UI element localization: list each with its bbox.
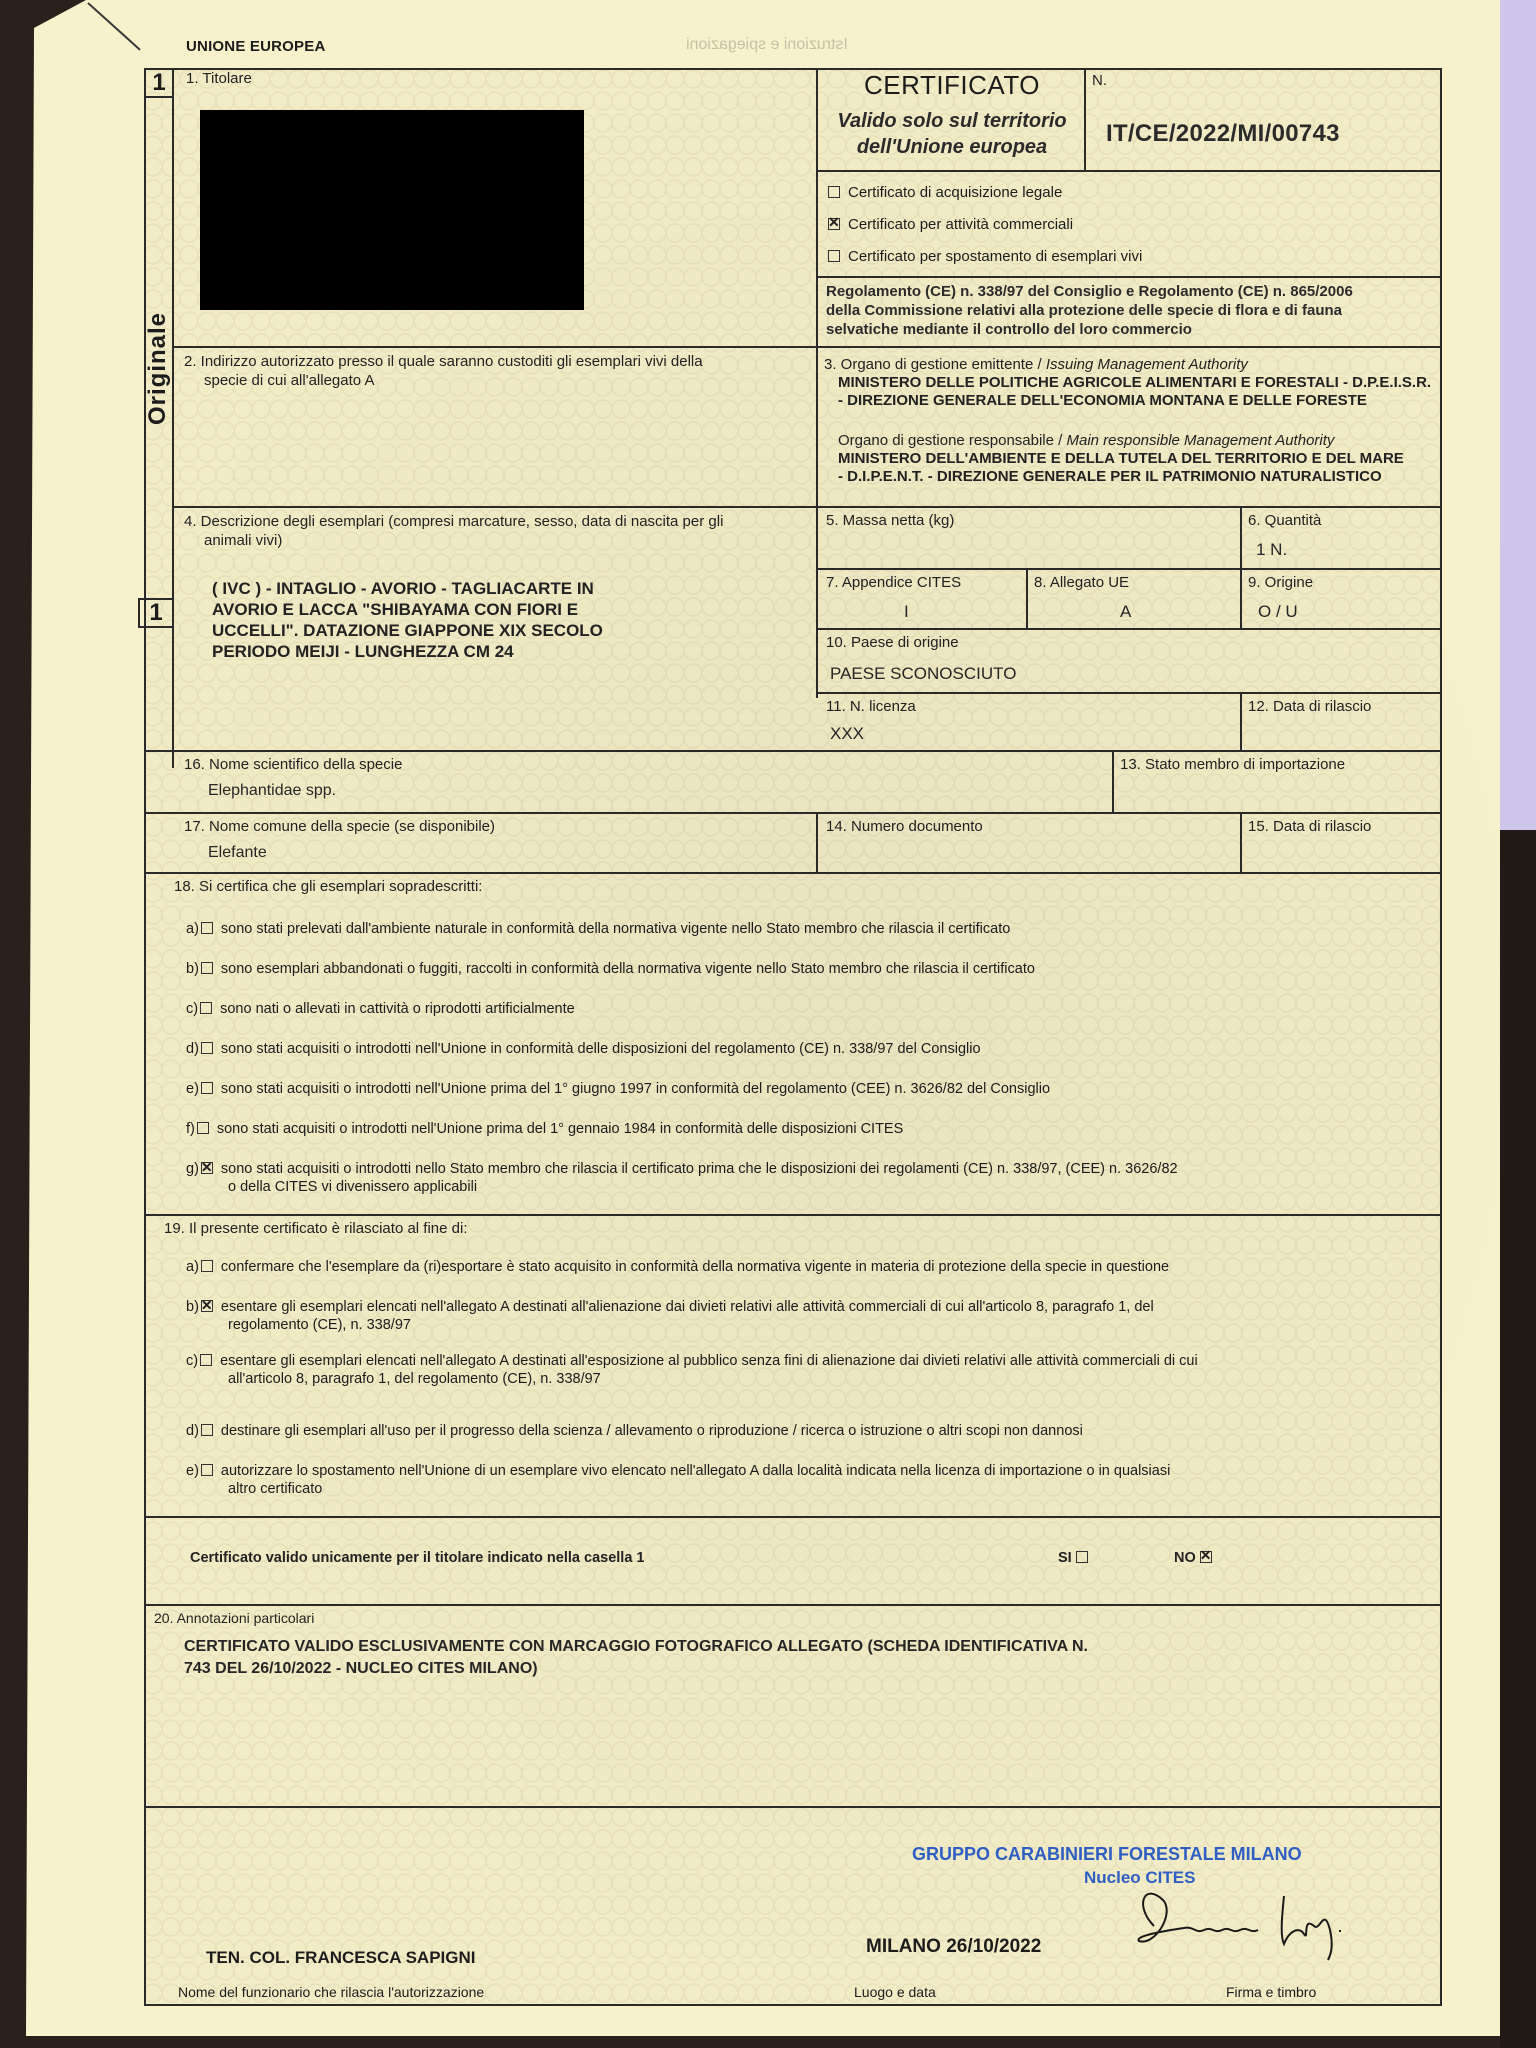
item-text: autorizzare lo spostamento nell'Unione d…	[221, 1463, 1170, 1479]
item-text-cont: altro certificato	[186, 1480, 1170, 1498]
subtitle-line2: dell'Unione europea	[820, 134, 1084, 160]
item-key: c)	[186, 1001, 198, 1017]
box18-checkbox-c[interactable]	[200, 1002, 212, 1014]
box19-item-e: e)autorizzare lo spostamento nell'Unione…	[186, 1462, 1170, 1498]
box18-checkbox-d[interactable]	[201, 1042, 213, 1054]
box18-item-a: a)sono stati prelevati dall'ambiente nat…	[186, 920, 1010, 938]
number-label: N.	[1092, 72, 1107, 89]
rule-after-17	[144, 872, 1442, 874]
box4-label: 4. Descrizione degli esemplari (compresi…	[184, 512, 723, 550]
box18-checkbox-e[interactable]	[201, 1082, 213, 1094]
place-date-label: Luogo e data	[854, 1984, 936, 2000]
rule-after-7	[816, 628, 1442, 630]
side-number-mid: 1	[138, 598, 174, 628]
signature-label: Firma e timbro	[1226, 1984, 1316, 2000]
subtitle-line1: Valido solo sul territorio	[820, 108, 1084, 134]
item-key: f)	[186, 1121, 195, 1137]
box19-label: 19. Il presente certificato è rilasciato…	[164, 1220, 468, 1237]
box18-checkbox-f[interactable]	[197, 1122, 209, 1134]
union-header: UNIONE EUROPEA	[186, 38, 326, 55]
box19-item-a: a)confermare che l'esemplare da (ri)espo…	[186, 1258, 1169, 1276]
row-rule-3	[172, 506, 1442, 508]
rule-after-10	[816, 692, 1442, 694]
item-text: esentare gli esemplari elencati nell'all…	[220, 1353, 1198, 1369]
box18-item-e: e)sono stati acquisiti o introdotti nell…	[186, 1080, 1050, 1098]
divider-8-9	[1240, 568, 1242, 628]
box18-item-f: f)sono stati acquisiti o introdotti nell…	[186, 1120, 903, 1138]
box18-item-g: g)sono stati acquisiti o introdotti nell…	[186, 1160, 1178, 1196]
box1-label: 1. Titolare	[186, 70, 252, 87]
stamp-line1: GRUPPO CARABINIERI FORESTALE MILANO	[912, 1844, 1302, 1865]
box12-label: 12. Data di rilascio	[1248, 698, 1371, 715]
box11-value: XXX	[830, 724, 864, 744]
item-key: d)	[186, 1041, 199, 1057]
box3-responsible: Organo di gestione responsabile / Main r…	[838, 432, 1404, 486]
certificate-document: UNIONE EUROPEA Istruzioni e spiegazioni …	[26, 0, 1500, 2036]
divider-16-13	[1112, 750, 1114, 812]
box18-label: 18. Si certifica che gli esemplari sopra…	[174, 878, 482, 895]
checkbox-commercial[interactable]	[828, 218, 840, 230]
box15-label: 15. Data di rilascio	[1248, 818, 1371, 835]
center-divider	[816, 68, 818, 698]
item-text: sono stati acquisiti o introdotti nello …	[221, 1161, 1178, 1177]
stamp-line2: Nucleo CITES	[1084, 1868, 1195, 1888]
box14-label: 14. Numero documento	[826, 818, 983, 835]
item-key: e)	[186, 1463, 199, 1479]
box6-value: 1 N.	[1256, 540, 1287, 560]
item-text: esentare gli esemplari elencati nell'all…	[221, 1299, 1154, 1315]
box20-label: 20. Annotazioni particolari	[154, 1610, 314, 1626]
box18-checkbox-a[interactable]	[201, 922, 213, 934]
box9-value: O / U	[1258, 602, 1298, 622]
box19-checkbox-b[interactable]	[201, 1300, 213, 1312]
box3-issuing: 3. Organo di gestione emittente / Issuin…	[824, 356, 1431, 410]
divider-7-8	[1026, 568, 1028, 628]
box19-item-d: d)destinare gli esemplari all'uso per il…	[186, 1422, 1083, 1440]
type-legal-acquisition: Certificato di acquisizione legale	[828, 184, 1062, 201]
rule-after-5	[816, 568, 1442, 570]
box19-checkbox-a[interactable]	[201, 1260, 213, 1272]
certificate-subtitle: Valido solo sul territorio dell'Unione e…	[820, 108, 1084, 160]
item-key: g)	[186, 1161, 199, 1177]
divider-17-14	[816, 812, 818, 872]
box19-checkbox-d[interactable]	[201, 1424, 213, 1436]
side-number-top: 1	[144, 68, 174, 98]
box19-item-c: c)esentare gli esemplari elencati nell'a…	[186, 1352, 1198, 1388]
checkbox-validity-no[interactable]	[1200, 1551, 1212, 1563]
box16-value: Elephantidae spp.	[208, 782, 336, 800]
box7-label: 7. Appendice CITES	[826, 574, 961, 591]
rule-after-11	[144, 750, 1442, 752]
row-rule-2	[172, 346, 1442, 348]
box19-item-b: b)esentare gli esemplari elencati nell'a…	[186, 1298, 1154, 1334]
box18-checkbox-g[interactable]	[201, 1162, 213, 1174]
item-key: a)	[186, 1259, 199, 1275]
checkbox-legal-acquisition[interactable]	[828, 186, 840, 198]
item-key: e)	[186, 1081, 199, 1097]
rule-after-20	[144, 1806, 1442, 1808]
checkbox-validity-yes[interactable]	[1076, 1551, 1088, 1563]
item-text: sono stati acquisiti o introdotti nell'U…	[221, 1041, 981, 1057]
place-date: MILANO 26/10/2022	[866, 1936, 1041, 1958]
box7-value: I	[904, 602, 909, 622]
box9-label: 9. Origine	[1248, 574, 1313, 591]
box17-value: Elefante	[208, 844, 267, 862]
box10-label: 10. Paese di origine	[826, 634, 959, 651]
box17-label: 17. Nome comune della specie (se disponi…	[184, 818, 495, 835]
item-text: confermare che l'esemplare da (ri)esport…	[221, 1259, 1169, 1275]
box10-value: PAESE SCONOSCIUTO	[830, 664, 1016, 684]
certificate-number: IT/CE/2022/MI/00743	[1106, 120, 1340, 148]
box16-label: 16. Nome scientifico della specie	[184, 756, 402, 773]
certificate-title: CERTIFICATO	[820, 70, 1084, 101]
item-text: destinare gli esemplari all'uso per il p…	[221, 1423, 1083, 1439]
validity-yes: SI	[1058, 1550, 1096, 1566]
box19-checkbox-c[interactable]	[200, 1354, 212, 1366]
rule-after-16	[144, 812, 1442, 814]
item-text-cont: o della CITES vi divenissero applicabili	[186, 1178, 1178, 1196]
annotation-text: CERTIFICATO VALIDO ESCLUSIVAMENTE CON MA…	[184, 1636, 1088, 1680]
ghost-bleed-text: Istruzioni e spiegazioni	[686, 36, 848, 54]
box18-item-b: b)sono esemplari abbandonati o fuggiti, …	[186, 960, 1035, 978]
box5-label: 5. Massa netta (kg)	[826, 512, 954, 529]
validity-no: NO	[1174, 1550, 1220, 1566]
item-key: c)	[186, 1353, 198, 1369]
box8-value: A	[1120, 602, 1131, 622]
box18-item-d: d)sono stati acquisiti o introdotti nell…	[186, 1040, 981, 1058]
item-text-cont: all'articolo 8, paragrafo 1, del regolam…	[186, 1370, 1198, 1388]
divider-14-15	[1240, 812, 1242, 872]
divider-11-12	[1240, 692, 1242, 750]
item-text: sono stati acquisiti o introdotti nell'U…	[221, 1081, 1050, 1097]
specimen-description: ( IVC ) - INTAGLIO - AVORIO - TAGLIACART…	[212, 578, 603, 662]
box18-item-c: c)sono nati o allevati in cattività o ri…	[186, 1000, 575, 1018]
box2-label: 2. Indirizzo autorizzato presso il quale…	[184, 352, 703, 390]
rule-after-validity	[144, 1604, 1442, 1606]
signature-icon	[1134, 1886, 1374, 1966]
item-text: sono stati acquisiti o introdotti nell'U…	[217, 1121, 903, 1137]
form-grid: 1 Originale 1 1. Titolare CERTIFICATO Va…	[144, 68, 1442, 2006]
holder-redaction	[200, 110, 584, 310]
rule-after-19	[144, 1516, 1442, 1518]
background-desk	[1500, 830, 1536, 2048]
box8-label: 8. Allegato UE	[1034, 574, 1129, 591]
official-label: Nome del funzionario che rilascia l'auto…	[178, 1984, 484, 2000]
box11-label: 11. N. licenza	[826, 698, 916, 715]
box13-label: 13. Stato membro di importazione	[1120, 756, 1345, 773]
number-divider	[1084, 68, 1086, 172]
validity-label: Certificato valido unicamente per il tit…	[190, 1550, 644, 1566]
types-rule	[816, 276, 1442, 278]
official-name: TEN. COL. FRANCESCA SAPIGNI	[206, 1948, 476, 1968]
type-commercial: Certificato per attività commerciali	[828, 216, 1073, 233]
type-live-movement: Certificato per spostamento di esemplari…	[828, 248, 1142, 265]
rule-after-18	[144, 1214, 1442, 1216]
item-key: b)	[186, 961, 199, 977]
box6-label: 6. Quantità	[1248, 512, 1321, 529]
item-key: a)	[186, 921, 199, 937]
header-rule	[816, 170, 1442, 172]
item-text-cont: regolamento (CE), n. 338/97	[186, 1316, 1154, 1334]
side-divider	[172, 68, 174, 768]
copy-label: Originale	[144, 268, 174, 468]
item-key: b)	[186, 1299, 199, 1315]
box18-checkbox-b[interactable]	[201, 962, 213, 974]
item-key: d)	[186, 1423, 199, 1439]
checkbox-live-movement[interactable]	[828, 250, 840, 262]
regulation-text: Regolamento (CE) n. 338/97 del Consiglio…	[826, 282, 1353, 339]
item-text: sono nati o allevati in cattività o ripr…	[220, 1001, 575, 1017]
item-text: sono esemplari abbandonati o fuggiti, ra…	[221, 961, 1035, 977]
pen-mark	[87, 2, 140, 50]
box19-checkbox-e[interactable]	[201, 1464, 213, 1476]
divider-5-6	[1240, 506, 1242, 568]
item-text: sono stati prelevati dall'ambiente natur…	[221, 921, 1010, 937]
